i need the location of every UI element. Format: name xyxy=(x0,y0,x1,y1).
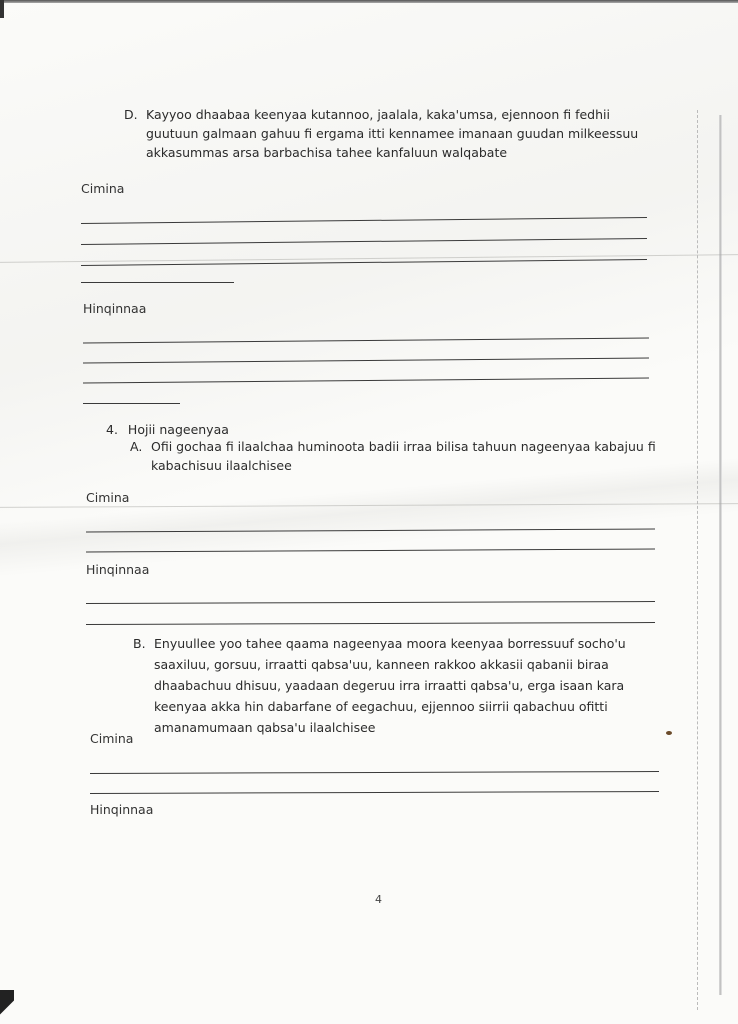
question-b: B. Enyuullee yoo tahee qaama nageenyaa m… xyxy=(133,633,663,738)
answer-line[interactable] xyxy=(81,238,647,245)
answer-line[interactable] xyxy=(83,338,649,344)
hinqinnaa-label: Hinqinnaa xyxy=(90,802,153,817)
answer-line[interactable] xyxy=(81,217,647,224)
question-text: Ofii gochaa fi ilaalchaa huminoota badii… xyxy=(130,437,660,475)
cimina-label: Cimina xyxy=(86,490,129,505)
answer-line[interactable] xyxy=(90,771,659,774)
section-number: 4. xyxy=(106,422,118,437)
answer-line[interactable] xyxy=(86,601,655,604)
answer-line[interactable] xyxy=(86,549,655,553)
answer-line[interactable] xyxy=(81,282,234,283)
question-a: A. Ofii gochaa fi ilaalchaa huminoota ba… xyxy=(130,437,660,475)
hinqinnaa-label: Hinqinnaa xyxy=(86,562,149,577)
answer-line[interactable] xyxy=(83,378,649,384)
hinqinnaa-label: Hinqinnaa xyxy=(83,301,146,316)
cimina-label: Cimina xyxy=(81,181,124,196)
page-number: 4 xyxy=(375,893,382,906)
scan-corner xyxy=(0,0,4,18)
answer-line[interactable] xyxy=(86,622,655,625)
question-marker: A. xyxy=(130,437,142,456)
answer-line[interactable] xyxy=(83,358,649,364)
scanned-page: D. Kayyoo dhaabaa keenyaa kutannoo, jaal… xyxy=(0,0,738,1024)
question-d: D. Kayyoo dhaabaa keenyaa kutannoo, jaal… xyxy=(124,105,659,162)
question-marker: B. xyxy=(133,633,146,654)
answer-line[interactable] xyxy=(86,529,655,533)
section-title: Hojii nageenyaa xyxy=(128,422,229,437)
scan-corner xyxy=(0,990,14,1024)
question-text: Enyuullee yoo tahee qaama nageenyaa moor… xyxy=(133,633,663,738)
answer-line[interactable] xyxy=(90,791,659,794)
question-marker: D. xyxy=(124,105,138,124)
scan-top-edge xyxy=(0,0,738,3)
fold-mark xyxy=(697,110,698,1010)
paper-edge xyxy=(719,115,722,995)
answer-line[interactable] xyxy=(83,403,180,404)
cimina-label: Cimina xyxy=(90,731,133,746)
question-text: Kayyoo dhaabaa keenyaa kutannoo, jaalala… xyxy=(124,105,659,162)
ink-smudge xyxy=(666,731,672,735)
